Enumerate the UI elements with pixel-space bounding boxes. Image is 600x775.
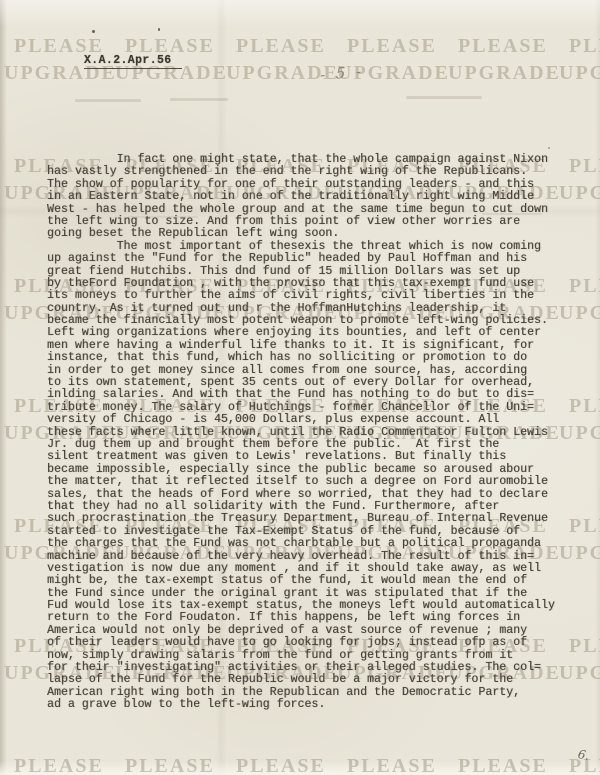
- watermark-word: PLEASE: [458, 755, 548, 775]
- scan-smudge: [75, 99, 141, 102]
- typed-line: inlding salaries. And with that the Fund…: [47, 389, 567, 401]
- document-reference: X.A.2.Apr.56: [84, 54, 182, 69]
- scan-speck: [158, 28, 160, 31]
- watermark-word: UPGRADE: [448, 62, 561, 85]
- page-number: - 5 -: [320, 62, 364, 84]
- typed-line: has vastly strengthened in the end the r…: [47, 166, 567, 178]
- typed-line: versity of Chicago - is 45,000 Dollars, …: [47, 414, 567, 426]
- watermark-word: PLEASE: [569, 155, 600, 178]
- typed-line: instance, that this fund, which has no s…: [47, 352, 567, 364]
- typed-line: return to the Ford Foudaton. If this hap…: [47, 612, 567, 624]
- typed-line: ad a grave blow to the left-wing forces.: [47, 699, 567, 711]
- watermark-word: PLEASE: [125, 755, 215, 775]
- typed-line: its moneys to further the aims of civil …: [47, 290, 567, 302]
- typed-line: the matter, that it reflected itself to …: [47, 476, 567, 488]
- typed-line: Left wing organizations where enjoying i…: [47, 327, 567, 339]
- typed-line: silent treatment was given to Lewis' rev…: [47, 451, 567, 463]
- watermark-word: PLEASE: [569, 35, 600, 58]
- watermark-word: UPGRADE: [559, 62, 600, 85]
- typed-line: in an Eastern State, not in one of the t…: [47, 191, 567, 203]
- scan-speck: [92, 30, 95, 33]
- watermark-word: PLEASE: [458, 35, 548, 58]
- scanned-page: PLEASEPLEASEPLEASEPLEASEPLEASEPLEASEUPGR…: [0, 0, 600, 775]
- watermark-word: PLEASE: [347, 35, 437, 58]
- watermark-word: PLEASE: [236, 755, 326, 775]
- document-body-text: In fact one might state, that the whole …: [47, 154, 567, 712]
- watermark-word: PLEASE: [569, 515, 600, 538]
- watermark-word: PLEASE: [347, 755, 437, 775]
- scan-smudge: [406, 96, 482, 99]
- typed-line: might be, the tax-exempt status of the f…: [47, 575, 567, 587]
- typed-line: such procrastination the Treasury Depart…: [47, 513, 567, 525]
- typed-line: the charges that the Fund was not charbt…: [47, 538, 567, 550]
- typed-line: going beset the Republican left wing soo…: [47, 228, 567, 240]
- watermark-word: PLEASE: [569, 275, 600, 298]
- watermark-word: PLEASE: [569, 395, 600, 418]
- scan-smudge: [170, 98, 228, 101]
- scan-speck: [548, 147, 550, 149]
- typed-line: up against the "Fund for the Republic" h…: [47, 253, 567, 265]
- typed-line: lapse of the Fund for the Republic would…: [47, 674, 567, 686]
- watermark-word: PLEASE: [14, 755, 104, 775]
- watermark-word: PLEASE: [569, 635, 600, 658]
- typed-line: of their leaders would have to go lookin…: [47, 637, 567, 649]
- watermark-word: PLEASE: [236, 35, 326, 58]
